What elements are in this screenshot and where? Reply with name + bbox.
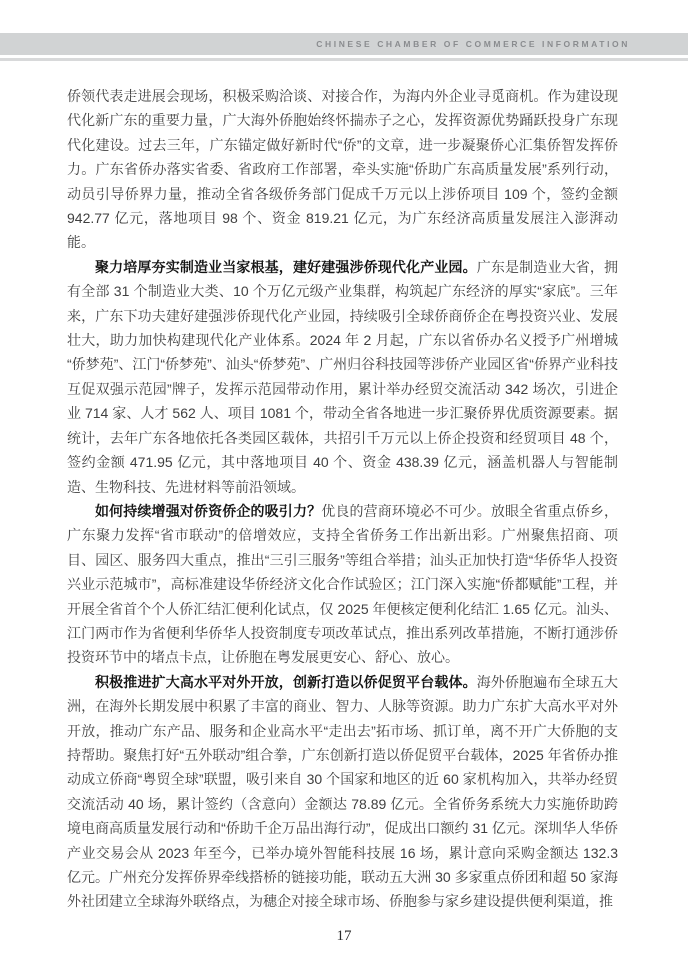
paragraph-text: 侨领代表走进展会现场，积极采购洽谈、对接合作，为海内外企业寻觅商机。作为建设现代…	[67, 88, 618, 250]
paragraph: 积极推进扩大高水平对外开放，创新打造以侨促贸平台载体。海外侨胞遍布全球五大洲，在…	[67, 670, 618, 914]
header-divider	[0, 58, 688, 61]
paragraph-text: 优良的营商环境必不可少。放眼全省重点侨乡，广东聚力发挥“省市联动”的倍增效应，支…	[67, 503, 618, 665]
page-number: 17	[0, 928, 688, 945]
article-body: 侨领代表走进展会现场，积极采购洽谈、对接合作，为海内外企业寻觅商机。作为建设现代…	[67, 84, 618, 914]
paragraph: 侨领代表走进展会现场，积极采购洽谈、对接合作，为海内外企业寻觅商机。作为建设现代…	[67, 84, 618, 255]
paragraph-lead: 如何持续增强对侨资侨企的吸引力？	[95, 503, 321, 519]
paragraph-lead: 积极推进扩大高水平对外开放，创新打造以侨促贸平台载体。	[95, 674, 477, 690]
paragraph: 如何持续增强对侨资侨企的吸引力？优良的营商环境必不可少。放眼全省重点侨乡，广东聚…	[67, 499, 618, 670]
paragraph-text: 广东是制造业大省，拥有全部 31 个制造业大类、10 个万亿元级产业集群，构筑起…	[67, 259, 618, 495]
header-banner: CHINESE CHAMBER OF COMMERCE INFORMATION	[0, 33, 688, 55]
paragraph-text: 海外侨胞遍布全球五大洲，在海外长期发展中积累了丰富的商业、智力、人脉等资源。助力…	[67, 674, 618, 910]
header-banner-text: CHINESE CHAMBER OF COMMERCE INFORMATION	[316, 39, 630, 49]
paragraph: 聚力培厚夯实制造业当家根基，建好建强涉侨现代化产业园。广东是制造业大省，拥有全部…	[67, 255, 618, 499]
paragraph-lead: 聚力培厚夯实制造业当家根基，建好建强涉侨现代化产业园。	[95, 259, 477, 275]
document-page: CHINESE CHAMBER OF COMMERCE INFORMATION …	[0, 0, 688, 971]
